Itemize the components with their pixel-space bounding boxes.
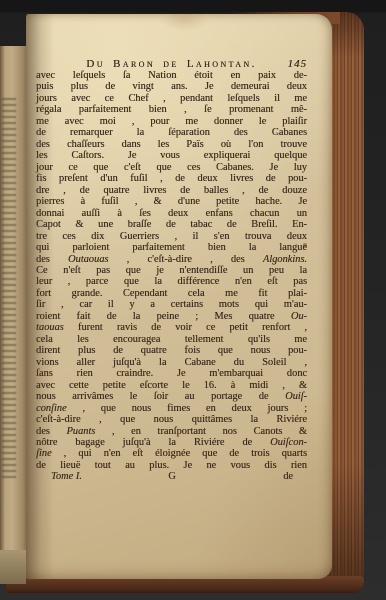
body-text: avec leſquels ſa Nation étoit en paix de… <box>36 70 307 471</box>
volume-label: Tome I. <box>36 471 168 483</box>
text-line: avec leſquels ſa Nation étoit en paix de… <box>36 70 307 81</box>
text-line: des Puants , en tranſportant nos Canots … <box>36 426 307 437</box>
text-line: avec cette petite eſcorte le 16. à midi … <box>36 380 307 391</box>
text-line: tre ces dix Guerriers , il s'en trouva d… <box>36 231 307 242</box>
text-line: c'eſt-à-dire , que nous quittâmes la Riv… <box>36 414 307 425</box>
text-line: roient fait de la peine ; Mes quatre Ou- <box>36 311 307 322</box>
text-line: dre , de quatre livres de balles , de do… <box>36 185 307 196</box>
text-line: me avec moi , pour me donner le plaiſir <box>36 116 307 127</box>
text-line: nous arrivâmes le ſoir au portage de Oui… <box>36 391 307 402</box>
facing-page-edge-bottom <box>0 550 26 584</box>
facing-page-text-blur <box>2 98 16 478</box>
text-line: de remarquer la ſéparation des Cabanes <box>36 127 307 138</box>
catchword: de <box>176 471 307 483</box>
text-line: cela les encouragea tellement qu'ils me <box>36 334 307 345</box>
text-line: pierres à fuſil , & d'une petite hache. … <box>36 196 307 207</box>
text-line: jours avec ce Chef , pendant leſquels il… <box>36 93 307 104</box>
text-line: fort grande. Cependant cela me fit plai- <box>36 288 307 299</box>
text-line: ſir , car il y a certains mots qui m'au- <box>36 299 307 310</box>
text-line: taouas furent ravis de voir ce petit ren… <box>36 322 307 333</box>
signature-mark: G <box>168 471 176 483</box>
text-line: ſine , qui n'en eſt éloignée que de troi… <box>36 448 307 459</box>
photo-background: Du Baron de Lahontan. 145 avec leſquels … <box>0 0 386 600</box>
text-line: des Outaouas , c'eſt-à-dire , des Algonk… <box>36 254 307 265</box>
text-line: de lieuë tout au plus. Je ne vous dis ri… <box>36 460 307 471</box>
text-line: des chaſſeurs dans les Païs où l'on trou… <box>36 139 307 150</box>
text-line: Ce n'eſt pas que je n'entendiſſe un peu … <box>36 265 307 276</box>
book-page: Du Baron de Lahontan. 145 avec leſquels … <box>26 14 332 579</box>
text-line: leur , parce que la différence n'en eſt … <box>36 276 307 287</box>
text-line: régala parfaitement bien , ſe promenant … <box>36 104 307 115</box>
text-line: puis plus de vingt ans. Je demeurai deux <box>36 81 307 92</box>
text-line: nôtre bagage juſqu'à la Riviére de Ouiſc… <box>36 437 307 448</box>
text-line: ſans rien craindre. Je m'embarquai donc <box>36 368 307 379</box>
text-line: les Caſtors. Je vous expliquerai quelque <box>36 150 307 161</box>
text-line: jour ce que c'eſt que ces Cabanes. Je lu… <box>36 162 307 173</box>
text-line: fis preſent d'un fuſil , de deux livres … <box>36 173 307 184</box>
text-line: dirent plus de quatre fois que nous pou- <box>36 345 307 356</box>
page-footer: Tome I. G de <box>36 471 307 483</box>
text-line: donnai auſſi à ſes deux enfans chacun un <box>36 208 307 219</box>
text-line: vions aller juſqu'à la Cabane du Soleil … <box>36 357 307 368</box>
running-header-title: Du Baron de Lahontan. <box>86 58 256 70</box>
text-line: Capot & une braſſe de tabac de Breſil. E… <box>36 219 307 230</box>
text-line: qui parloient parfaitement bien la langu… <box>36 242 307 253</box>
text-line: conſine , que nous fimes en deux jours ; <box>36 403 307 414</box>
